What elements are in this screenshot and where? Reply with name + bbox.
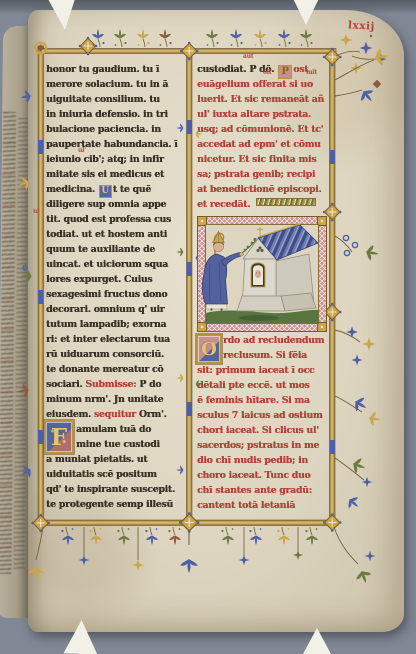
text-segment: sculus 7 laicus ad ostium xyxy=(197,410,322,421)
manuscript-text-line: qd' te inspirante suscepit. xyxy=(46,482,188,497)
manuscript-text-line: luerit. Et sic remaneāt añ xyxy=(197,92,331,107)
manuscript-text-line: merore solacium. tu in ā xyxy=(46,77,188,92)
text-segment: te protegente semp illesū xyxy=(46,499,173,510)
text-segment: mitate sis ei medicus et xyxy=(46,169,164,180)
manuscript-text-line: euāgelium offerat si uo xyxy=(197,77,331,92)
text-segment: rdo ad recludendum xyxy=(223,335,324,346)
manuscript-text-line: te protegente semp illesū xyxy=(46,497,188,512)
text-segment: ri: et inter electarum tua xyxy=(46,334,170,345)
text-segment: chori iaceat. Si clicus ul' xyxy=(197,425,319,436)
manuscript-text-line: quum te auxiliante de xyxy=(46,242,188,257)
illuminated-initial-f: F xyxy=(44,420,74,454)
manuscript-text-line: medicina. Ut te quē xyxy=(46,182,188,197)
text-segment: bulacione paciencia. in xyxy=(46,124,161,135)
manuscript-text-line: lores expurget. Cuius xyxy=(46,272,188,287)
manuscript-text-line: in iniuria defensio. in tri xyxy=(46,107,188,122)
manuscript-text-line: accedat ad epm' et cōmu xyxy=(197,137,331,152)
manuscript-text-line: ē feminis hītare. Si ma xyxy=(197,393,331,408)
text-segment: sit: primum iaceat ī occ xyxy=(197,365,314,376)
manuscript-text-line: uiduitatis scē positum xyxy=(46,467,188,482)
text-segment: dio chī nudis pedib; in xyxy=(197,455,308,466)
text-segment: qd' te inspirante suscepit. xyxy=(46,484,175,495)
text-segment: todiat. ut et hostem anti xyxy=(46,229,167,240)
text-segment: at benedictionē episcopi. xyxy=(197,184,321,195)
text-segment: uincat. et uiciorum squa xyxy=(46,259,168,270)
text-segment: ē feminis hītare. Si ma xyxy=(197,395,310,406)
text-segment: merore solacium. tu in ā xyxy=(46,79,168,90)
manuscript-text-line: todiat. ut et hostem anti xyxy=(46,227,188,242)
manuscript-text-line: sculus 7 laicus ad ostium xyxy=(197,408,331,423)
text-segment: nicetur. Et sic finita mis xyxy=(197,154,316,165)
text-segment: mine tue custodi xyxy=(76,439,160,450)
text-segment: medicina. xyxy=(46,184,98,195)
manuscript-text-line: te donante mereatur cō xyxy=(46,362,188,377)
text-segment: a muniat pietatis. ut xyxy=(46,454,147,465)
manuscript-text-line: et recedāt. xyxy=(197,197,331,212)
text-segment: lores expurget. Cuius xyxy=(46,274,152,285)
text-segment: diligere sup omnia appe xyxy=(46,199,166,210)
manuscript-text-line: choro iaceat. Tunc duo xyxy=(197,468,331,483)
text-segment: luerit. Et sic remaneāt añ xyxy=(197,94,324,105)
text-segment: te donante mereatur cō xyxy=(46,364,163,375)
manuscript-photo: lxxij xyxy=(0,0,416,654)
manuscript-text-line: minum nrm'. Jn unitate xyxy=(46,392,188,407)
text-segment: paupertate habundancia. ī xyxy=(46,139,177,150)
manuscript-text-line: a muniat pietatis. ut xyxy=(46,452,188,467)
text-segment: uiduitatis scē positum xyxy=(46,469,157,480)
manuscript-text-line: honor tu gaudium. tu ī xyxy=(46,62,188,77)
interlinear-gloss: oīt xyxy=(263,69,271,76)
line-filler-ornament xyxy=(256,198,316,206)
text-segment: sequitur xyxy=(94,409,139,420)
text-segment: P do xyxy=(139,379,161,390)
text-segment: eiusdem. xyxy=(46,409,94,420)
text-segment: amulam tuā do xyxy=(76,424,151,435)
text-segment: decorari. omnium q' uir xyxy=(46,304,164,315)
manuscript-text-line: ieiunio cib'; atq; in infir xyxy=(46,152,188,167)
illuminated-initial-o: O xyxy=(196,334,222,364)
text-segment: chī stantes ante gradū: xyxy=(197,485,312,496)
manuscript-text-line: uincat. et uiciorum squa xyxy=(46,257,188,272)
manuscript-text-line: sa; pstrata genib; recipi xyxy=(197,167,331,182)
facing-page-ghost-text xyxy=(13,118,29,570)
interlinear-gloss: aūt xyxy=(243,53,253,60)
manuscript-text-line: sexagesimi fructus dono xyxy=(46,287,188,302)
manuscript-text-line: ri: et inter electarum tua xyxy=(46,332,188,347)
manuscript-text-line: sit: primum iaceat ī occ xyxy=(197,363,331,378)
manuscript-text-line: sacerdos; pstratus in me xyxy=(197,438,331,453)
text-segment: euāgelium offerat si uo xyxy=(197,79,313,90)
manuscript-text-line: at benedictionē episcopi. xyxy=(197,182,331,197)
text-segment: sexagesimi fructus dono xyxy=(46,289,167,300)
text-segment: ul' iuxta altare pstrata. xyxy=(197,109,311,120)
text-segment: Orm'. xyxy=(139,409,167,420)
manuscript-text-line: tutum lampadib; exorna xyxy=(46,317,188,332)
manuscript-text-line: diligere sup omnia appe xyxy=(46,197,188,212)
manuscript-text-line: dētali pte eccē. ut mos xyxy=(197,378,331,393)
text-segment: honor tu gaudium. tu ī xyxy=(46,64,159,75)
manuscript-text-line: decorari. omnium q' uir xyxy=(46,302,188,317)
interlinear-gloss: ul' xyxy=(78,147,86,154)
manuscript-text-line: cantent totā letaniā xyxy=(197,498,331,513)
manuscript-text-line: mitate sis ei medicus et xyxy=(46,167,188,182)
folio-number: lxxij xyxy=(348,19,375,32)
text-segment: minum nrm'. Jn unitate xyxy=(46,394,163,405)
manuscript-text-line: ul' iuxta altare pstrata. xyxy=(197,107,331,122)
manuscript-text-line: nicetur. Et sic finita mis xyxy=(197,152,331,167)
text-segment: rū uiduarum consorciū. xyxy=(46,349,164,360)
text-segment: sa; pstrata genib; recipi xyxy=(197,169,315,180)
text-column-right-upper: custodiat. P dō. Posteuāgelium offerat s… xyxy=(197,62,331,212)
manuscript-text-line: uiguitate consilium. tu xyxy=(46,92,188,107)
text-segment: cantent totā letaniā xyxy=(197,500,295,511)
manuscript-text-line: usq; ad cōmunionē. Et tc' xyxy=(197,122,331,137)
manuscript-text-line: bulacione paciencia. in xyxy=(46,122,188,137)
text-segment: quum te auxiliante de xyxy=(46,244,155,255)
text-segment: ieiunio cib'; atq; in infir xyxy=(46,154,164,165)
text-segment: tit. quod est professa cus xyxy=(46,214,171,225)
manuscript-text-line: tit. quod est professa cus xyxy=(46,212,188,227)
manuscript-text-line: paupertate habundancia. ī xyxy=(46,137,188,152)
manuscript-text-line: chī stantes ante gradū: xyxy=(197,483,331,498)
text-segment: tutum lampadib; exorna xyxy=(46,319,166,330)
text-segment: sacerdos; pstratus in me xyxy=(197,440,319,451)
text-segment: t te quē xyxy=(113,184,151,195)
text-segment: Submisse: xyxy=(85,379,139,390)
manuscript-text-line: chori iaceat. Si clicus ul' xyxy=(197,423,331,438)
manuscript-text-line: rū uiduarum consorciū. xyxy=(46,347,188,362)
text-segment: in iniuria defensio. in tri xyxy=(46,109,168,120)
text-segment: choro iaceat. Tunc duo xyxy=(197,470,310,481)
marginal-correction: uł xyxy=(33,208,39,215)
text-segment: usq; ad cōmunionē. Et tc' xyxy=(197,124,323,135)
manuscript-text-line: sociari. Submisse: P do xyxy=(46,377,188,392)
text-segment: accedat ad epm' et cōmu xyxy=(197,139,321,150)
manuscript-text-line: dio chī nudis pedib; in xyxy=(197,453,331,468)
text-segment: uiguitate consilium. tu xyxy=(46,94,160,105)
text-segment: sociari. xyxy=(46,379,85,390)
interlinear-gloss: luit xyxy=(306,69,317,76)
text-segment: et recedāt. xyxy=(197,199,253,210)
text-segment: dētali pte eccē. ut mos xyxy=(197,380,309,391)
text-segment: reclusum. Si fēia xyxy=(223,350,307,361)
